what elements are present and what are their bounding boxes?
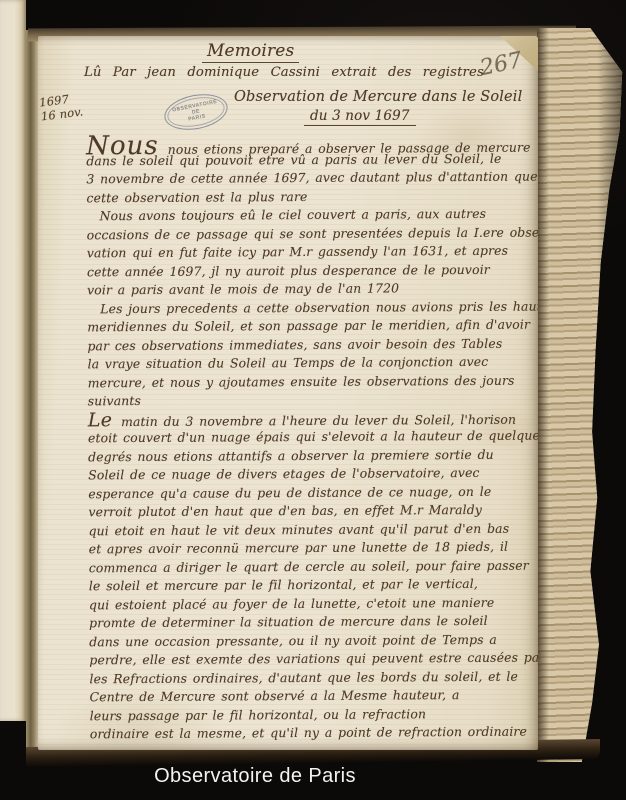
heading-line: Observation de Mercure dans le Soleil [234, 89, 514, 105]
line-text: voir a paris avant le mois de may de l'a… [87, 280, 399, 297]
line-text: suivants [88, 393, 141, 408]
byline: Lû Par jean dominique Cassini extrait de… [84, 65, 524, 80]
line-text: le soleil et mercure par le fil horizont… [89, 576, 478, 593]
stamp-line-top: OBSERVATOIRE [172, 99, 218, 114]
line-text: par ces observations immediates, sans av… [87, 335, 502, 353]
page-title: Memoires [202, 41, 299, 63]
manuscript-body: Nousnous etions preparé a observer le pa… [86, 131, 520, 744]
caption-bar: Observatoire de Paris [60, 765, 450, 788]
line-text: qui etoit en haut le vit deux minutes av… [89, 520, 510, 538]
manuscript-line: et apres avoir reconnü mercure par une l… [89, 538, 519, 559]
manuscript-line: la vraye situation du Soleil au Temps de… [87, 353, 517, 374]
line-text: matin du 3 novembre a l'heure du lever d… [121, 411, 516, 428]
line-text: qui estoient placé au foyer de la lunett… [89, 594, 494, 611]
stamp-line-bottom: PARIS [188, 113, 206, 122]
stamp-line-middle: DE [191, 108, 200, 115]
manuscript-page: 267 Memoires Lû Par jean dominique Cassi… [38, 36, 538, 750]
manuscript-line: perdre, elle est exemte des variations q… [89, 649, 519, 670]
line-text: promte de determiner la situation de mer… [89, 613, 488, 630]
manuscript-line: mercure, et nous y ajoutames ensuite les… [88, 371, 518, 392]
line-text: dans une occasion pressante, ou il ny av… [89, 631, 497, 648]
manuscript-line: Nous avons toujours eû le ciel couvert a… [87, 205, 517, 226]
manuscript-line: promte de determiner la situation de mer… [89, 612, 519, 633]
manuscript-line: le soleil et mercure par le fil horizont… [89, 575, 519, 596]
facing-page-sliver [0, 0, 26, 721]
heading-date: du 3 nov 1697 [304, 108, 416, 126]
manuscript-line: Nousnous etions preparé a observer le pa… [86, 131, 516, 152]
line-text: dans le soleil qui pouvoit etre vû a par… [86, 150, 501, 168]
line-text: 3 novembre de cette année 1697, avec dau… [86, 169, 537, 187]
line-text: esperance qu'a cause du peu de distance … [88, 483, 491, 500]
manuscript-line: Centre de Mercure sont observé a la Mesm… [90, 686, 520, 707]
line-text: occasions de ce passage qui se sont pres… [87, 224, 538, 242]
book-fore-edge [537, 28, 623, 762]
line-text: la vraye situation du Soleil au Temps de… [88, 354, 489, 371]
manuscript-line: 3 novembre de cette année 1697, avec dau… [86, 168, 516, 189]
line-text: etoit couvert d'un nuage épais qui s'ele… [88, 428, 538, 446]
line-text: perdre, elle est exemte des variations q… [89, 650, 538, 668]
line-text: degrés nous etions attantifs a observer … [88, 446, 494, 463]
line-text: mercure, et nous y ajoutames ensuite les… [88, 372, 515, 390]
line-text: cette année 1697, jl ny auroit plus desp… [87, 261, 490, 278]
line-text: Les jours precedents a cette observation… [100, 298, 538, 316]
manuscript-line: Soleil de ce nuage de divers etages de l… [88, 464, 518, 485]
manuscript-photo: 267 Memoires Lû Par jean dominique Cassi… [0, 0, 626, 800]
line-text: leurs passage par le fil horizontal, ou … [90, 706, 426, 723]
manuscript-line: vation qui en fut faite icy par M.r gass… [87, 242, 517, 263]
line-text: Centre de Mercure sont observé a la Mesm… [90, 687, 460, 704]
observatoire-de-paris-stamp: OBSERVATOIRE DE PARIS [161, 89, 230, 135]
section-heading: Observation de Mercure dans le Soleil du… [234, 89, 514, 126]
line-text: et apres avoir reconnü mercure par une l… [89, 539, 509, 557]
margin-date-note: 1697 16 nov. [38, 91, 84, 124]
line-text: ordinaire est la mesme, et qu'il ny a po… [90, 724, 527, 742]
line-text: meridiennes du Soleil, et son passage pa… [87, 317, 530, 335]
manuscript-line: etoit couvert d'un nuage épais qui s'ele… [88, 427, 518, 448]
line-text: Nous avons toujours eû le ciel couvert a… [100, 206, 487, 223]
manuscript-line: ordinaire est la mesme, et qu'il ny a po… [90, 723, 520, 744]
line-text: commenca a diriger le quart de cercle au… [89, 557, 529, 575]
manuscript-line: verroit plutot d'en haut que d'en bas, e… [88, 501, 518, 522]
line-text: verroit plutot d'en haut que d'en bas, e… [88, 502, 482, 519]
manuscript-line: meridiennes du Soleil, et son passage pa… [87, 316, 517, 337]
line-text: Soleil de ce nuage de divers etages de l… [88, 465, 479, 482]
line-lead-word: Le [88, 411, 112, 430]
line-text: cette observation est la plus rare [86, 188, 307, 204]
line-text: vation qui en fut faite icy par M.r gass… [87, 243, 508, 261]
line-text: les Refractions ordinaires, d'autant que… [89, 668, 518, 686]
manuscript-line: cette année 1697, jl ny auroit plus desp… [87, 260, 517, 281]
